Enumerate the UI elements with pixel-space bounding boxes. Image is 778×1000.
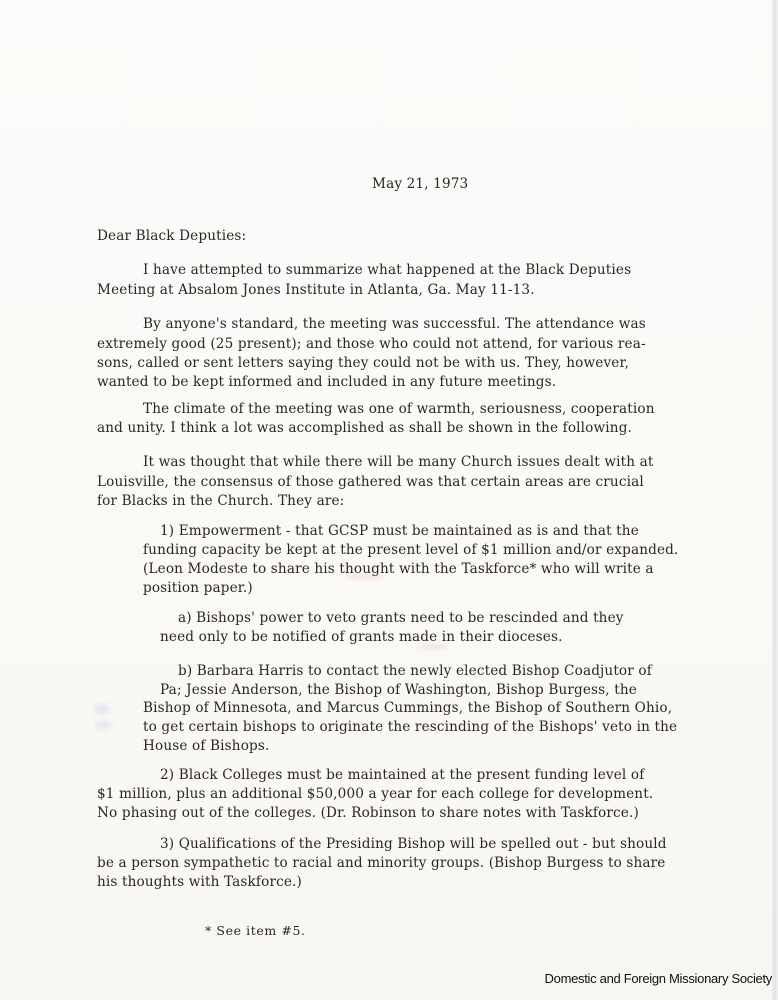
pen-mark	[418, 645, 448, 648]
pen-mark	[345, 575, 385, 578]
item-b-line-2: Pa; Jessie Anderson, the Bishop of Washi…	[160, 684, 637, 698]
paragraph-2-line-4: wanted to be kept informed and included …	[97, 376, 556, 390]
letter-date: May 21, 1973	[372, 178, 468, 192]
page-edge	[772, 0, 778, 1000]
scan-smudge	[94, 720, 112, 730]
paragraph-2-line-3: sons, called or sent letters saying they…	[97, 357, 629, 371]
item-2-line-2: $1 million, plus an additional $50,000 a…	[97, 788, 653, 802]
paragraph-4-line-1: It was thought that while there will be …	[143, 456, 653, 470]
paragraph-1-line-1: I have attempted to summarize what happe…	[143, 264, 631, 278]
paragraph-4-line-3: for Blacks in the Church. They are:	[97, 495, 344, 509]
paragraph-4-line-2: Louisville, the consensus of those gathe…	[97, 476, 644, 490]
item-1-line-1: 1) Empowerment - that GCSP must be maint…	[160, 525, 639, 539]
paragraph-2-line-2: extremely good (25 present); and those w…	[97, 338, 646, 352]
item-2-line-1: 2) Black Colleges must be maintained at …	[160, 769, 644, 783]
item-b-line-5: House of Bishops.	[143, 740, 269, 754]
item-b-line-3: Bishop of Minnesota, and Marcus Cummings…	[143, 702, 672, 716]
item-1-line-2: funding capacity be kept at the present …	[143, 544, 679, 558]
item-3-line-3: his thoughts with Taskforce.)	[97, 876, 302, 890]
footnote: * See item #5.	[205, 925, 306, 938]
paragraph-3-line-2: and unity. I think a lot was accomplishe…	[97, 422, 632, 436]
item-3-line-2: be a person sympathetic to racial and mi…	[97, 857, 666, 871]
item-2-line-3: No phasing out of the colleges. (Dr. Rob…	[97, 807, 639, 821]
item-a-line-2: need only to be notified of grants made …	[160, 631, 563, 645]
item-3-line-1: 3) Qualifications of the Presiding Bisho…	[160, 838, 667, 852]
scan-smudge	[94, 703, 110, 715]
item-b-line-1: b) Barbara Harris to contact the newly e…	[178, 665, 652, 679]
item-b-line-4: to get certain bishops to originate the …	[143, 721, 677, 735]
paragraph-1-line-2: Meeting at Absalom Jones Institute in At…	[97, 284, 535, 298]
salutation: Dear Black Deputies:	[97, 230, 246, 244]
letter-page: May 21, 1973 Dear Black Deputies: I have…	[0, 0, 772, 1000]
paragraph-2-line-1: By anyone's standard, the meeting was su…	[143, 318, 646, 332]
item-1-line-3: (Leon Modeste to share his thought with …	[143, 563, 654, 577]
item-a-line-1: a) Bishops' power to veto grants need to…	[178, 612, 624, 626]
paragraph-3-line-1: The climate of the meeting was one of wa…	[143, 403, 655, 417]
watermark-credit: Domestic and Foreign Missionary Society	[545, 971, 772, 986]
item-1-line-4: position paper.)	[143, 582, 253, 596]
